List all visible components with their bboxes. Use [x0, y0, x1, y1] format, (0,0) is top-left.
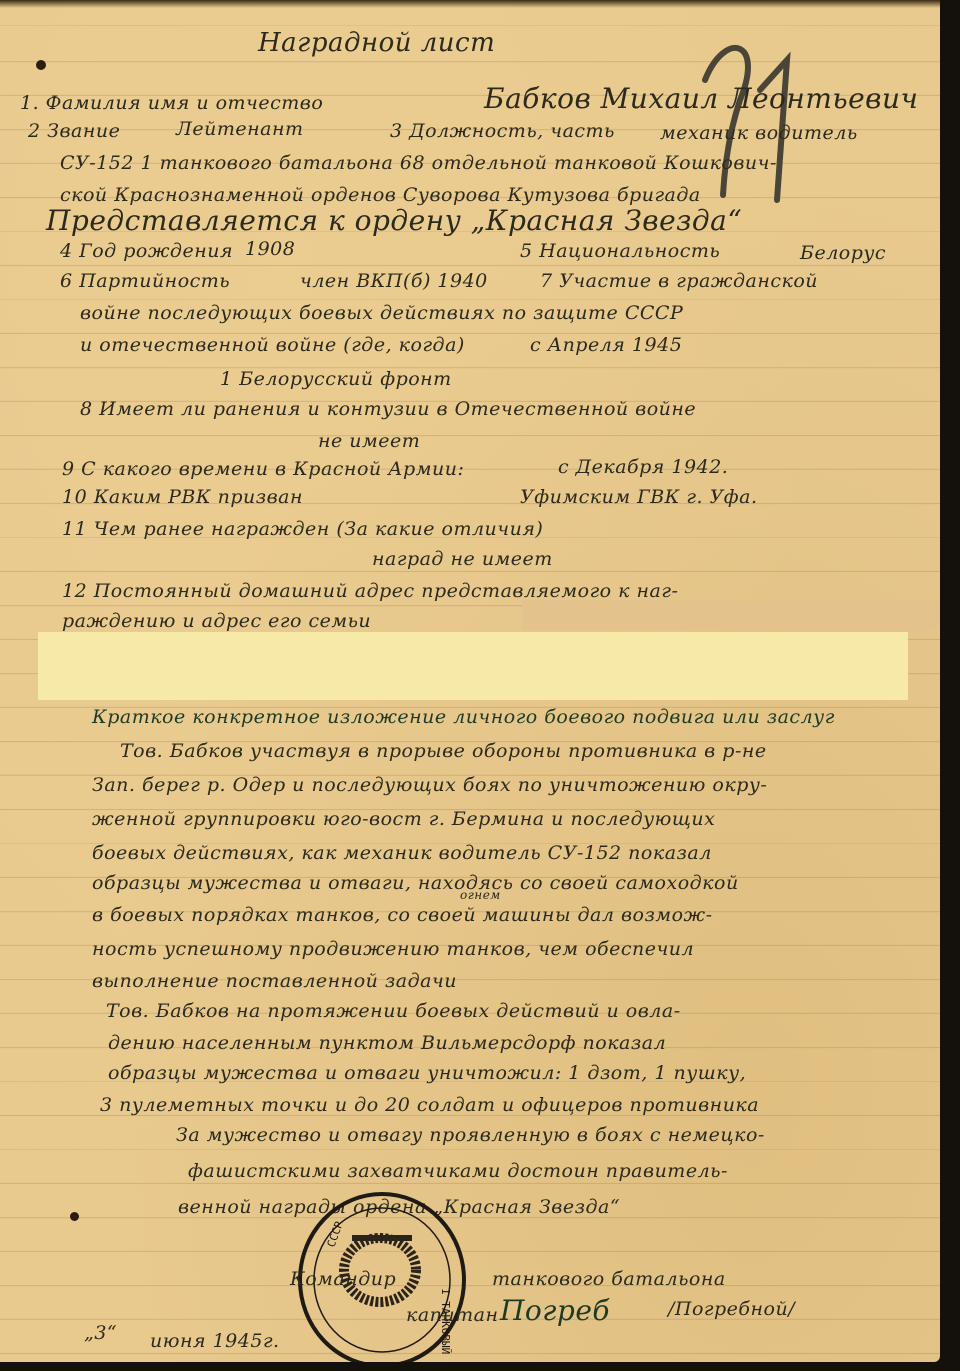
- scan-top-edge: [0, 0, 960, 8]
- field-4-value: 1908: [245, 238, 295, 260]
- signatory-role-unit: танкового батальона: [492, 1268, 726, 1290]
- summary-line: боевых действиях, как механик водитель С…: [92, 842, 712, 864]
- field-8-value: не имеет: [318, 430, 420, 452]
- document-title: Наградной лист: [258, 28, 495, 58]
- date-day: „3“: [84, 1322, 117, 1344]
- field-8-label: 8 Имеет ли ранения и контузии в Отечеств…: [80, 398, 696, 420]
- summary-insert: огнем: [460, 888, 501, 902]
- summary-line: выполнение поставленной задачи: [92, 970, 457, 992]
- scan-bottom-edge: [0, 1362, 960, 1371]
- field-7-label: 7 Участие в гражданской: [540, 270, 818, 292]
- summary-line: За мужество и отвагу проявленную в боях …: [176, 1124, 765, 1146]
- field-10-label: 10 Каким РВК призван: [62, 486, 303, 508]
- field-2-label: 2 Звание: [28, 120, 120, 142]
- date: июня 1945г.: [150, 1330, 280, 1352]
- summary-line: Зап. берег р. Одер и последующих боях по…: [92, 774, 767, 796]
- paper-hole: [36, 60, 46, 70]
- summary-line: 3 пулеметных точки и до 20 солдат и офиц…: [100, 1094, 759, 1116]
- field-10-value: Уфимским ГВК г. Уфа.: [520, 486, 758, 508]
- summary-line: женной группировки юго-вост г. Бермина и…: [92, 808, 715, 830]
- summary-line: образцы мужества и отваги уничтожил: 1 д…: [108, 1062, 746, 1084]
- field-9-label: 9 С какого времени в Красной Армии:: [62, 458, 464, 480]
- field-3-value-line-2: СУ-152 1 танкового батальона 68 отдельно…: [60, 152, 777, 174]
- field-6-value: член ВКП(б) 1940: [300, 270, 488, 292]
- field-6-label: 6 Партийность: [60, 270, 230, 292]
- signatory-rank: капитан: [406, 1304, 499, 1326]
- field-7-value: с Апреля 1945: [530, 334, 682, 356]
- summary-heading: Краткое конкретное изложение личного бое…: [92, 706, 835, 728]
- field-9-value: с Декабря 1942.: [558, 456, 728, 478]
- summary-line: дению населенным пунктом Вильмерсдорф по…: [108, 1032, 666, 1054]
- signatory-role: Командир: [290, 1268, 396, 1290]
- redacted-address-band: [522, 600, 950, 630]
- summary-line: ность успешному продвижению танков, чем …: [92, 938, 694, 960]
- summary-line: Тов. Бабков на протяжении боевых действи…: [106, 1000, 681, 1022]
- field-3-label: 3 Должность, часть: [390, 120, 615, 142]
- redacted-address-block: [38, 632, 908, 700]
- scan-right-edge: [940, 0, 960, 1371]
- svg-text:СССР: СССР: [325, 1219, 346, 1249]
- field-5-value: Белорус: [800, 242, 886, 264]
- field-12-label: 12 Постоянный домашний адрес представляе…: [62, 580, 678, 602]
- summary-line: образцы мужества и отваги, находясь со с…: [92, 872, 739, 894]
- field-1-value: Бабков Михаил Леонтьевич: [484, 82, 918, 115]
- field-1-label: 1. Фамилия имя и отчество: [20, 92, 323, 114]
- summary-line: Тов. Бабков участвуя в прорыве обороны п…: [120, 740, 767, 762]
- field-3-value-line-3: ской Краснознаменной орденов Суворова Ку…: [60, 184, 701, 206]
- signature: Погреб: [500, 1294, 610, 1327]
- field-11-label: 11 Чем ранее награжден (За какие отличия…: [62, 518, 543, 540]
- field-4-label: 4 Год рождения: [60, 240, 233, 262]
- nomination-line: Представляется к ордену „Красная Звезда“: [46, 204, 742, 237]
- field-5-label: 5 Национальность: [520, 240, 720, 262]
- signatory-name: /Погребной/: [668, 1298, 795, 1320]
- pencil-number-mark: [695, 20, 805, 210]
- award-sheet-paper: Наградной лист 1. Фамилия имя и отчество…: [0, 0, 940, 1362]
- paper-hole: [70, 1212, 79, 1221]
- field-7-value-line-2: 1 Белорусский фронт: [220, 368, 452, 390]
- summary-line: фашистскими захватчиками достоин правите…: [188, 1160, 728, 1182]
- field-11-value: наград не имеет: [372, 548, 553, 570]
- field-2-value: Лейтенант: [176, 118, 303, 140]
- field-12-label-line-2: раждению и адрес его семьи: [62, 610, 371, 632]
- summary-line: в боевых порядках танков, со своей машин…: [92, 904, 713, 926]
- field-7-label-line-3: и отечественной войне (где, когда): [80, 334, 465, 356]
- field-3-value: механик водитель: [660, 122, 858, 144]
- field-7-label-line-2: войне последующих боевых действиях по за…: [80, 302, 683, 324]
